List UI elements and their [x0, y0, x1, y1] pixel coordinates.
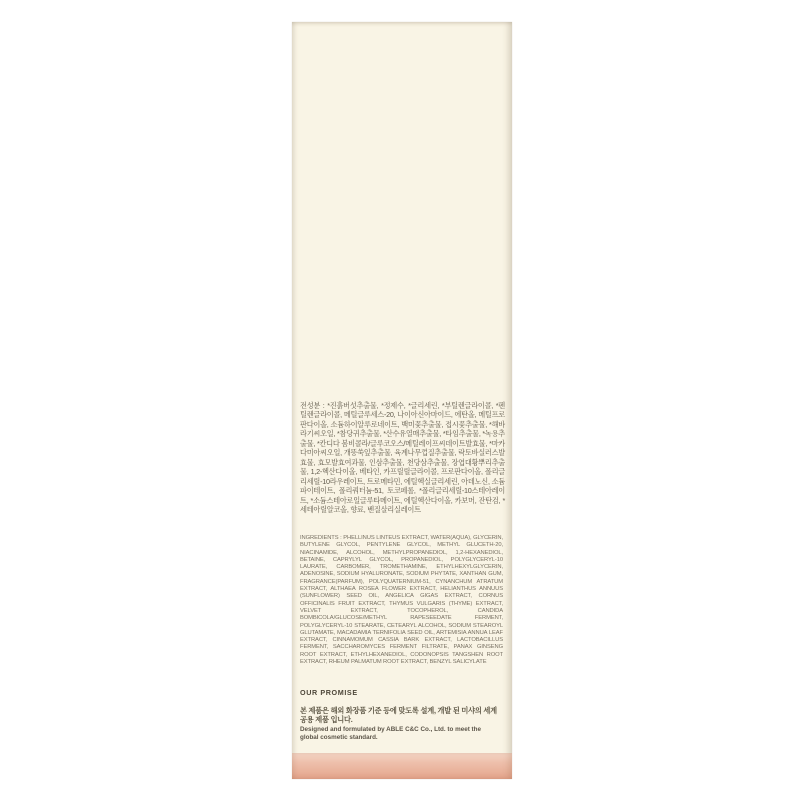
promise-heading: OUR PROMISE	[300, 688, 500, 697]
promise-english-text: Designed and formulated by ABLE C&C Co.,…	[300, 726, 500, 742]
product-box-back-panel: 전성분 : *진흙버섯추출물, *정제수, *글리세린, *부틸렌글라이콜, *…	[292, 22, 512, 779]
ingredients-korean-text: 전성분 : *진흙버섯추출물, *정제수, *글리세린, *부틸렌글라이콜, *…	[300, 401, 505, 514]
ingredients-english-text: INGREDIENTS : PHELLINUS LINTEUS EXTRACT,…	[300, 535, 503, 666]
bottom-color-band	[292, 753, 512, 779]
promise-section: OUR PROMISE 본 제품은 해외 화장품 기준 등에 맞도록 설계, 개…	[300, 688, 500, 742]
promise-korean-text: 본 제품은 해외 화장품 기준 등에 맞도록 설계, 개발 된 미샤의 세계 공…	[300, 706, 500, 724]
product-photo: 전성분 : *진흙버섯추출물, *정제수, *글리세린, *부틸렌글라이콜, *…	[0, 0, 800, 800]
